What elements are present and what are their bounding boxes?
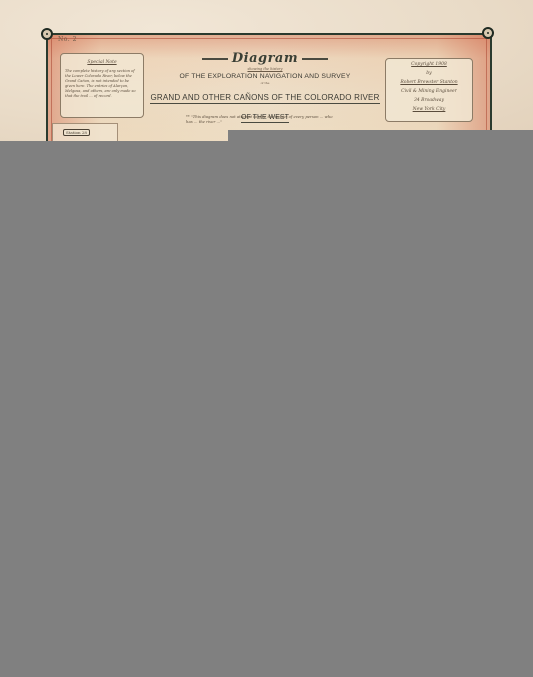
inset-label: Station 28 xyxy=(63,129,90,136)
scanned-document: No. 2 Special Note The complete history … xyxy=(0,0,533,142)
special-note-title: Special Note xyxy=(65,60,139,65)
author-city: New York City xyxy=(390,107,468,112)
special-note-box: Special Note The complete history of any… xyxy=(60,53,144,118)
author-profession: Civil & Mining Engineer xyxy=(390,89,468,94)
sheet-number: No. 2 xyxy=(58,36,77,43)
redaction-mask-main xyxy=(0,141,533,677)
title-block: Diagram showing the history OF THE EXPLO… xyxy=(145,52,385,142)
title-line-2: GRAND AND OTHER CAÑONS OF THE COLORADO R… xyxy=(150,93,379,104)
inset-map: Station 28 xyxy=(52,123,118,142)
copyright-by: by xyxy=(390,71,468,76)
diagram-quote: ** "This diagram does not attempt to giv… xyxy=(186,114,336,124)
author-name: Robert Brewster Stanton xyxy=(390,80,468,85)
corner-rivet-icon xyxy=(482,27,494,39)
copyright-line: Copyright 1908 xyxy=(390,62,468,67)
title-line-1: OF THE EXPLORATION NAVIGATION AND SURVEY xyxy=(145,72,385,81)
special-note-body: The complete history of any section of t… xyxy=(65,69,139,99)
author-address: 34 Broadway xyxy=(390,98,468,103)
copyright-box: Copyright 1908 by Robert Brewster Stanto… xyxy=(385,58,473,122)
quote-text: "This diagram does not attempt to give t… xyxy=(186,114,333,124)
corner-rivet-icon xyxy=(41,28,53,40)
diagram-heading: Diagram xyxy=(145,52,385,66)
